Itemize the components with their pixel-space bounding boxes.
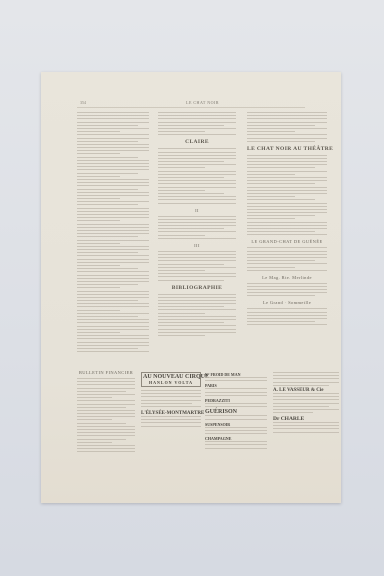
text-line <box>273 399 339 400</box>
text-line <box>158 158 236 159</box>
text-line <box>77 391 126 392</box>
text-line <box>247 228 327 229</box>
text-line <box>158 335 205 336</box>
text-line <box>77 134 149 135</box>
text-line <box>158 306 224 307</box>
text-line <box>77 112 149 113</box>
text-line <box>158 303 236 304</box>
text-line <box>77 294 149 295</box>
text-line <box>77 201 149 202</box>
text-line <box>158 164 236 165</box>
text-line <box>247 251 327 252</box>
text-line <box>247 171 327 172</box>
text-line <box>77 236 138 237</box>
text-line <box>77 259 149 260</box>
text-line <box>77 416 135 417</box>
text-line <box>273 382 339 383</box>
text-line <box>158 171 236 172</box>
text-line <box>158 193 224 194</box>
text-line <box>205 419 267 420</box>
bulletin-heading: BULLETIN FINANCIER <box>77 370 135 375</box>
text-line <box>77 394 135 395</box>
text-line <box>247 196 295 197</box>
text-line <box>77 195 149 196</box>
subhead-3: Le Grand · Sommeille <box>247 300 327 305</box>
text-line <box>77 115 149 116</box>
text-line <box>247 283 327 284</box>
section-numeral-3: III <box>158 243 236 248</box>
text-line <box>247 183 315 184</box>
text-line <box>77 179 149 180</box>
text-line <box>205 448 267 449</box>
text-line <box>77 281 149 282</box>
text-line <box>77 173 138 174</box>
text-line <box>77 435 135 436</box>
ad-column-4: A. LE VASSEUR & Cie Dr CHARLE <box>273 372 339 435</box>
text-line <box>205 377 267 378</box>
text-line <box>77 381 135 382</box>
text-line <box>158 112 236 113</box>
text-line <box>247 321 315 322</box>
text-line <box>247 134 327 135</box>
text-line <box>247 247 327 248</box>
text-line <box>247 122 327 123</box>
text-line <box>158 319 236 320</box>
text-line <box>158 322 224 323</box>
text-line <box>141 400 201 401</box>
text-line <box>77 230 149 231</box>
text-line <box>158 235 205 236</box>
theatre-text <box>247 155 327 236</box>
text-line <box>77 262 149 263</box>
text-line <box>273 409 339 410</box>
text-line <box>77 378 135 379</box>
text-line <box>77 163 149 164</box>
text-line <box>77 141 138 142</box>
text-line <box>158 260 236 261</box>
text-line <box>77 429 135 430</box>
text-line <box>273 432 339 433</box>
text-line <box>247 292 327 293</box>
text-line <box>273 375 339 376</box>
text-line <box>247 318 327 319</box>
text-line <box>158 216 236 217</box>
text-line <box>247 324 327 325</box>
text-line <box>247 141 315 142</box>
text-line <box>205 430 267 431</box>
text-line <box>158 167 205 168</box>
text-line <box>158 118 236 119</box>
text-line <box>247 315 327 316</box>
text-line <box>77 329 149 330</box>
text-line <box>77 211 149 212</box>
text-line <box>77 217 149 218</box>
text-line <box>158 161 224 162</box>
text-line <box>247 167 315 168</box>
text-line <box>247 180 327 181</box>
text-line <box>77 204 138 205</box>
text-line <box>77 388 135 389</box>
text-line <box>247 203 327 204</box>
text-line <box>158 196 236 197</box>
text-line <box>141 396 201 397</box>
text-line <box>247 187 327 188</box>
text-line <box>273 396 339 397</box>
text-line <box>158 174 236 175</box>
text-line <box>77 348 138 349</box>
bulletin-financier: BULLETIN FINANCIER <box>77 370 135 455</box>
advertisements: BULLETIN FINANCIER AU NOUVEAU CIRQUE HAN… <box>77 370 307 480</box>
text-line <box>247 125 315 126</box>
text-line <box>77 410 135 411</box>
text-line <box>77 451 135 452</box>
text-line <box>77 335 149 336</box>
text-line <box>77 189 138 190</box>
text-line <box>77 397 112 398</box>
text-line <box>247 231 315 232</box>
text-line <box>77 118 149 119</box>
text-line <box>77 332 120 333</box>
text-line <box>273 385 329 386</box>
text-line <box>158 148 236 149</box>
text-line <box>158 276 236 277</box>
text-line <box>77 144 149 145</box>
text-line <box>77 310 120 311</box>
text-line <box>77 407 126 408</box>
header-rule <box>77 107 305 108</box>
text-line <box>77 176 120 177</box>
text-line <box>77 265 120 266</box>
section-numeral-2: II <box>158 208 236 213</box>
text-line <box>77 268 138 269</box>
text-line <box>158 203 236 204</box>
text-line <box>158 134 236 135</box>
text-line <box>77 326 149 327</box>
bulletin-text <box>77 378 135 452</box>
text-line <box>77 322 149 323</box>
text-line <box>77 342 149 343</box>
text-line <box>205 444 267 445</box>
text-line <box>77 131 120 132</box>
poem-text-3 <box>158 251 236 281</box>
text-line <box>247 267 295 268</box>
text-line <box>273 406 329 407</box>
text-line <box>247 158 327 159</box>
text-line <box>77 313 149 314</box>
text-line <box>158 190 205 191</box>
text-line <box>158 316 236 317</box>
text-line <box>77 432 135 433</box>
subhead-1: LE GRAND-CHAT DE GUÉNÉE <box>247 239 327 244</box>
text-line <box>77 291 149 292</box>
text-line <box>247 174 295 175</box>
text-line <box>77 240 149 241</box>
text-line <box>141 416 201 417</box>
page-number: 354 <box>80 100 86 105</box>
text-line <box>205 441 267 442</box>
text-line <box>247 215 315 216</box>
text-line <box>77 252 138 253</box>
text-line <box>158 309 236 310</box>
text-line <box>158 297 236 298</box>
text-line <box>158 131 205 132</box>
text-line <box>77 439 126 440</box>
text-line <box>158 254 236 255</box>
newspaper-page: 354 LE CHAT NOIR CLAIRE II III BIBLIOGRA… <box>41 72 341 503</box>
text-line <box>77 404 135 405</box>
text-line <box>77 249 149 250</box>
text-line <box>77 220 120 221</box>
text-line <box>158 257 236 258</box>
column-left <box>77 112 149 354</box>
text-line <box>247 115 327 116</box>
text-line <box>77 157 138 158</box>
article-text-middle-top <box>158 112 236 135</box>
text-line <box>77 182 149 183</box>
text-line <box>247 222 327 223</box>
text-line <box>158 152 236 153</box>
text-line <box>158 125 224 126</box>
text-line <box>77 284 138 285</box>
text-line <box>77 413 135 414</box>
text-line <box>247 212 327 213</box>
text-line <box>273 378 339 379</box>
bibliographie-text <box>158 294 236 336</box>
text-line <box>247 164 327 165</box>
text-line <box>77 198 120 199</box>
text-line <box>77 227 149 228</box>
text-line <box>77 255 149 256</box>
article-text-right-top <box>247 112 327 142</box>
text-line <box>247 155 327 156</box>
text-line <box>247 131 295 132</box>
text-line <box>141 419 201 420</box>
text-line <box>77 384 135 385</box>
text-line <box>247 312 327 313</box>
text-line <box>247 193 327 194</box>
text-line <box>77 306 149 307</box>
theatre-text-4 <box>247 308 327 325</box>
text-line <box>247 190 327 191</box>
text-line <box>141 422 201 423</box>
column-right: LE CHAT NOIR AU THÉÂTRE LE GRAND-CHAT DE… <box>247 112 327 328</box>
text-line <box>77 185 149 186</box>
text-line <box>77 271 149 272</box>
ad-elysee-text <box>141 416 201 427</box>
text-line <box>273 403 339 404</box>
ad-nouveau-cirque: AU NOUVEAU CIRQUE HANLON VOLTA L'ÉLYSÉE-… <box>141 372 201 429</box>
text-line <box>77 166 149 167</box>
text-line <box>158 300 236 301</box>
text-line <box>77 122 149 123</box>
text-line <box>273 412 313 413</box>
text-line <box>247 260 315 261</box>
text-line <box>77 138 149 139</box>
text-line <box>247 308 327 309</box>
text-line <box>77 160 149 161</box>
text-line <box>158 270 205 271</box>
text-line <box>205 392 267 393</box>
text-line <box>77 319 149 320</box>
text-line <box>77 300 138 301</box>
text-line <box>205 380 267 381</box>
theatre-text-2 <box>247 247 327 270</box>
text-line <box>158 155 236 156</box>
text-line <box>141 406 201 407</box>
theatre-heading: LE CHAT NOIR AU THÉÂTRE <box>247 146 327 152</box>
text-line <box>77 243 120 244</box>
text-line <box>158 238 236 239</box>
text-line <box>77 345 149 346</box>
text-line <box>77 448 135 449</box>
text-line <box>205 406 267 407</box>
text-line <box>141 426 201 427</box>
text-line <box>158 228 224 229</box>
text-line <box>77 214 149 215</box>
text-line <box>247 209 327 210</box>
text-line <box>77 224 149 225</box>
subhead-2: Le Mag. Rte. Merlinde <box>247 275 327 280</box>
text-line <box>273 393 339 394</box>
text-line <box>273 425 339 426</box>
poem-title: CLAIRE <box>158 139 236 145</box>
poem-text-2 <box>158 216 236 239</box>
text-line <box>158 128 236 129</box>
text-line <box>158 225 236 226</box>
article-text-left <box>77 112 149 352</box>
text-line <box>77 169 149 170</box>
text-line <box>77 287 120 288</box>
text-line <box>205 415 267 416</box>
text-line <box>77 128 149 129</box>
text-line <box>77 426 135 427</box>
text-line <box>247 138 327 139</box>
text-line <box>77 278 149 279</box>
text-line <box>205 388 267 389</box>
text-line <box>247 112 327 113</box>
text-line <box>158 177 224 178</box>
text-line <box>77 153 120 154</box>
text-line <box>158 313 205 314</box>
text-line <box>247 286 327 287</box>
text-line <box>273 428 339 429</box>
text-line <box>77 147 149 148</box>
text-line <box>158 219 236 220</box>
text-line <box>77 150 149 151</box>
text-line <box>158 222 236 223</box>
text-line <box>158 122 236 123</box>
text-line <box>158 294 236 295</box>
text-line <box>77 192 149 193</box>
text-line <box>158 273 236 274</box>
ad-cirque-subtitle: HANLON VOLTA <box>143 380 199 385</box>
text-line <box>158 280 224 281</box>
text-line <box>141 390 201 391</box>
text-line <box>77 297 149 298</box>
text-line <box>158 115 236 116</box>
text-line <box>77 246 149 247</box>
text-line <box>158 231 236 232</box>
text-line <box>158 332 236 333</box>
text-line <box>158 180 236 181</box>
text-line <box>77 400 135 401</box>
text-line <box>158 267 236 268</box>
text-line <box>77 303 149 304</box>
text-line <box>77 442 112 443</box>
text-line <box>247 177 327 178</box>
text-line <box>247 118 327 119</box>
text-line <box>247 161 327 162</box>
text-line <box>247 206 327 207</box>
text-line <box>273 422 339 423</box>
text-line <box>247 289 327 290</box>
text-line <box>247 257 327 258</box>
text-line <box>247 128 327 129</box>
ad-cirque-text <box>141 390 201 407</box>
text-line <box>141 403 192 404</box>
text-line <box>247 263 327 264</box>
masthead: LE CHAT NOIR <box>186 100 219 105</box>
text-line <box>77 445 135 446</box>
text-line <box>77 423 126 424</box>
text-line <box>158 199 236 200</box>
text-line <box>77 125 138 126</box>
text-line <box>247 199 315 200</box>
text-line <box>77 208 149 209</box>
text-line <box>247 270 327 271</box>
text-line <box>247 254 327 255</box>
text-line <box>158 183 236 184</box>
text-line <box>77 316 138 317</box>
text-line <box>77 275 149 276</box>
text-line <box>77 351 149 352</box>
column-middle: CLAIRE II III BIBLIOGRAPHIE <box>158 112 236 338</box>
text-line <box>205 433 267 434</box>
text-line <box>247 225 327 226</box>
text-line <box>158 251 236 252</box>
text-line <box>247 234 327 235</box>
text-line <box>77 233 149 234</box>
text-line <box>273 372 339 373</box>
theatre-text-3 <box>247 283 327 297</box>
ad-column-3: N° FROID DE MAN PARIS PEDRAZZITI GUÉRISO… <box>205 372 267 451</box>
text-line <box>247 218 295 219</box>
text-line <box>158 325 236 326</box>
text-line <box>158 264 224 265</box>
text-line <box>77 338 149 339</box>
poem-text <box>158 148 236 203</box>
text-line <box>247 295 315 296</box>
text-line <box>141 393 201 394</box>
text-line <box>77 419 112 420</box>
bibliographie-heading: BIBLIOGRAPHIE <box>158 285 236 291</box>
text-line <box>158 329 236 330</box>
text-line <box>205 427 267 428</box>
text-line <box>205 395 267 396</box>
text-line <box>205 403 267 404</box>
text-line <box>158 187 236 188</box>
